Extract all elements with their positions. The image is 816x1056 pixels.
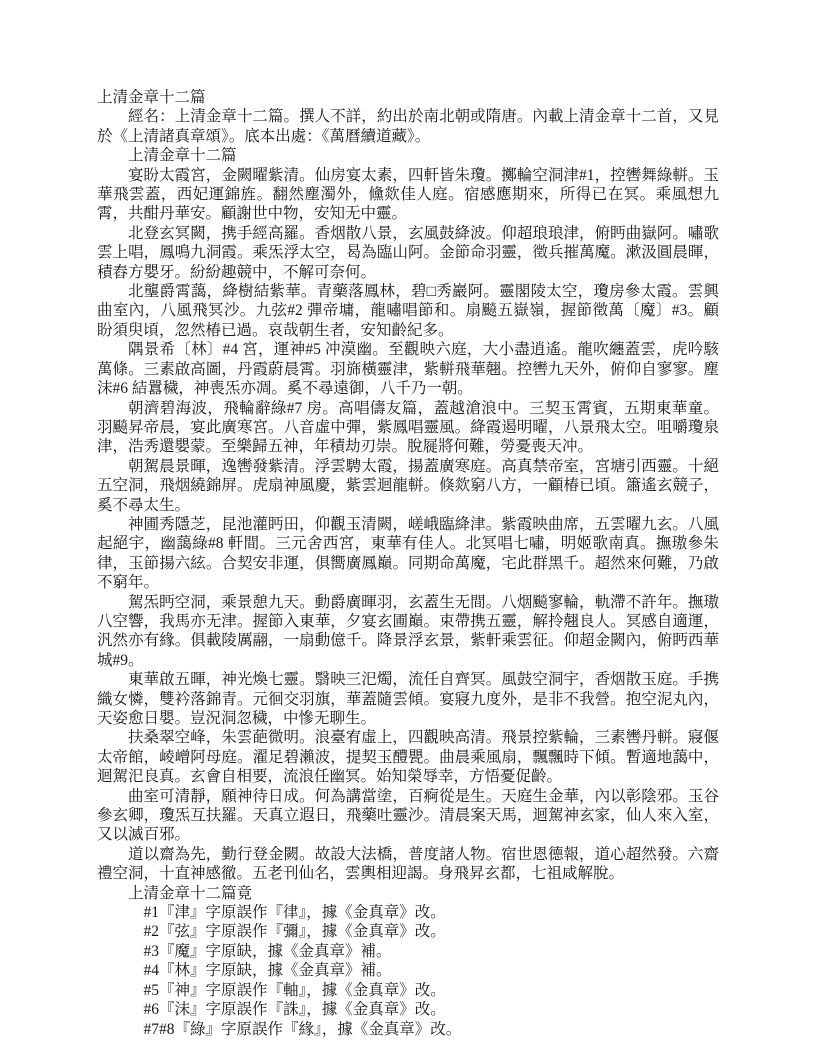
stanza-3: 北壟爵霄藹，絳樹結紫華。青藥落鳳林，碧□秀巖阿。靈閣陵太空，瓊房參太霞。雲興曲室…	[97, 282, 719, 340]
footnote-6: #6『沫』字原誤作『誅』，據《金真章》改。	[97, 1000, 719, 1019]
stanza-6: 朝駕晨景暉，逸轡發紫清。浮雲騁太霞，揚蓋廣寒庭。高真禁帝室，宮塘引西靈。十絕五空…	[97, 457, 719, 515]
stanza-4: 隅景希〔林〕#4 宮，運神#5 冲漠幽。至觀映六庭，大小盡逍遙。龍吹纏蓋雲，虎吟…	[97, 340, 719, 398]
end-mark: 上清金章十二篇竟	[97, 884, 719, 903]
footnote-7: #7#8『綠』字原誤作『緣』，據《金真章》改。	[97, 1020, 719, 1039]
footnote-4: #4『林』字原缺，據《金真章》補。	[97, 961, 719, 980]
stanza-2: 北登玄冥闕，携手經高羅。香烟散八景，玄風鼓絳波。仰超琅琅津，俯眄曲嶽阿。嘯歌雲上…	[97, 224, 719, 282]
footnote-3: #3『魔』字原缺，據《金真章》補。	[97, 942, 719, 961]
stanza-7: 神圃秀隱芝，昆池灌眄田，仰觀玉清闕，嵯峨臨絳津。紫霞映曲席，五雲曜九玄。八風起絕…	[97, 515, 719, 593]
document-page: 上清金章十二篇 經名：上清金章十二篇。撰人不詳，約出於南北朝或隋唐。內載上清金章…	[97, 88, 719, 1039]
stanza-10: 扶桑翠空峰，朱雲葩微明。浪臺宥虛上，四觀映高清。飛景控紫輪，三素轡丹軿。寢偃太帝…	[97, 728, 719, 786]
stanza-5: 朝濟碧海波，飛輪辭綠#7 房。高唱儔友篇，蓋越滄浪中。三契玉霄賓，五期東華童。羽…	[97, 399, 719, 457]
footnote-5: #5『神』字原誤作『軸』，據《金真章》改。	[97, 981, 719, 1000]
stanza-8: 駕炁眄空洞，乘景憩九天。動爵廣暉羽，玄蓋生无間。八烟飈寥輪，軌滯不許年。撫璈八空…	[97, 593, 719, 671]
stanza-12: 道以齋為先，勤行登金闕。故設大法橋，普度諸人物。宿世恩德報，道心超然發。六齋禮空…	[97, 845, 719, 884]
stanza-9: 東華啟五暉，神光煥七靈。翳映三汜燭，流任自齊冥。風鼓空洞宇，香烟散玉庭。手携織女…	[97, 670, 719, 728]
stanza-11: 曲室可清靜，願神待日成。何為講當塗，百痾從是生。天庭生金華，內以彰陰邪。玉谷參玄…	[97, 787, 719, 845]
colophon: 經名：上清金章十二篇。撰人不詳，約出於南北朝或隋唐。內載上清金章十二首，又見於《…	[97, 107, 719, 146]
footnote-2: #2『弦』字原誤作『彌』，據《金真章》改。	[97, 922, 719, 941]
section-title: 上清金章十二篇	[97, 146, 719, 165]
footnote-1: #1『津』字原誤作『律』，據《金真章》改。	[97, 903, 719, 922]
document-title: 上清金章十二篇	[97, 88, 719, 107]
stanza-1: 宴盼太霞宮，金闕曜紫清。仙房宴太素，四軒皆朱瓊。擲輪空洞津#1，控轡舞綠軿。玉華…	[97, 166, 719, 224]
